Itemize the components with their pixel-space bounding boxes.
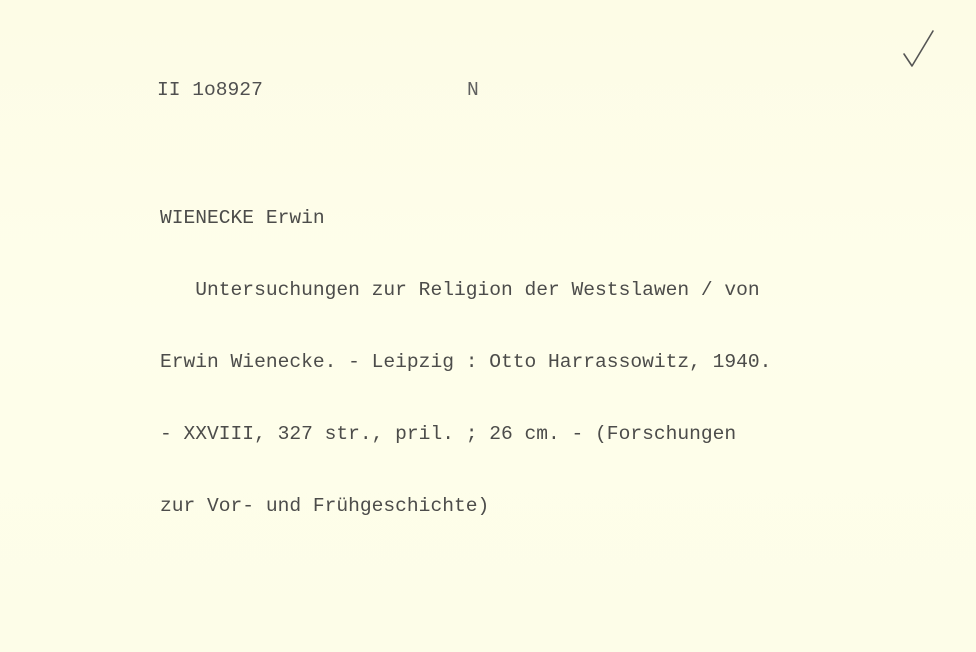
checkmark-icon	[902, 28, 936, 70]
author-heading: WIENECKE Erwin	[160, 206, 771, 230]
call-number: II 1o8927	[157, 78, 263, 102]
catalog-entry: WIENECKE Erwin Untersuchungen zur Religi…	[160, 158, 771, 566]
location-mark: N	[467, 78, 479, 102]
description-line: zur Vor- und Frühgeschichte)	[160, 494, 771, 518]
description-line: Untersuchungen zur Religion der Westslaw…	[160, 278, 771, 302]
catalog-card: II 1o8927 N WIENECKE Erwin Untersuchunge…	[0, 0, 976, 652]
description-line: - XXVIII, 327 str., pril. ; 26 cm. - (Fo…	[160, 422, 771, 446]
description-line: Erwin Wienecke. - Leipzig : Otto Harrass…	[160, 350, 771, 374]
